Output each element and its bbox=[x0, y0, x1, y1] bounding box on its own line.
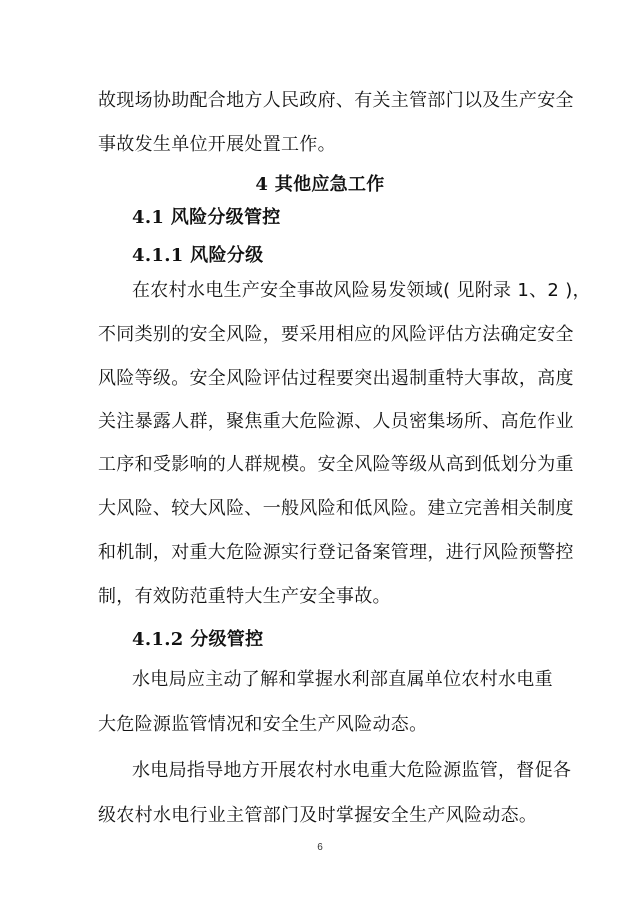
body-text-line: 事故发生单位开展处置工作。 bbox=[98, 130, 336, 156]
body-text-line: 制，有效防范重特大生产安全事故。 bbox=[98, 582, 391, 608]
body-text-line: 风险等级。安全风险评估过程要突出遏制重特大事故，高度 bbox=[98, 364, 574, 390]
subsection-heading: 4.1.2 分级管控 bbox=[132, 625, 263, 651]
body-text-line: 大危险源监管情况和安全生产风险动态。 bbox=[98, 710, 427, 736]
body-text-line: 在农村水电生产安全事故风险易发领域( 见附录 1、2 )， bbox=[132, 276, 591, 302]
subsection-heading: 4.1 风险分级管控 bbox=[132, 203, 281, 229]
body-text-line: 不同类别的安全风险，要采用相应的风险评估方法确定安全 bbox=[98, 320, 574, 346]
body-text-line: 故现场协助配合地方人民政府、有关主管部门以及生产安全 bbox=[98, 86, 574, 112]
body-text-line: 和机制，对重大危险源实行登记备案管理，进行风险预警控 bbox=[98, 538, 574, 564]
body-text-line: 关注暴露人群，聚焦重大危险源、人员密集场所、高危作业 bbox=[98, 407, 574, 433]
body-text-line: 水电局指导地方开展农村水电重大危险源监管，督促各 bbox=[132, 756, 571, 782]
body-text-line: 级农村水电行业主管部门及时掌握安全生产风险动态。 bbox=[98, 801, 537, 827]
body-text-line: 工序和受影响的人群规模。安全风险等级从高到低划分为重 bbox=[98, 450, 574, 476]
body-text-line: 大风险、较大风险、一般风险和低风险。建立完善相关制度 bbox=[98, 494, 574, 520]
page-number: 6 bbox=[0, 842, 640, 853]
subsection-heading: 4.1.1 风险分级 bbox=[132, 241, 263, 267]
section-heading: 4 其他应急工作 bbox=[0, 170, 640, 196]
body-text-line: 水电局应主动了解和掌握水利部直属单位农村水电重 bbox=[132, 665, 553, 691]
